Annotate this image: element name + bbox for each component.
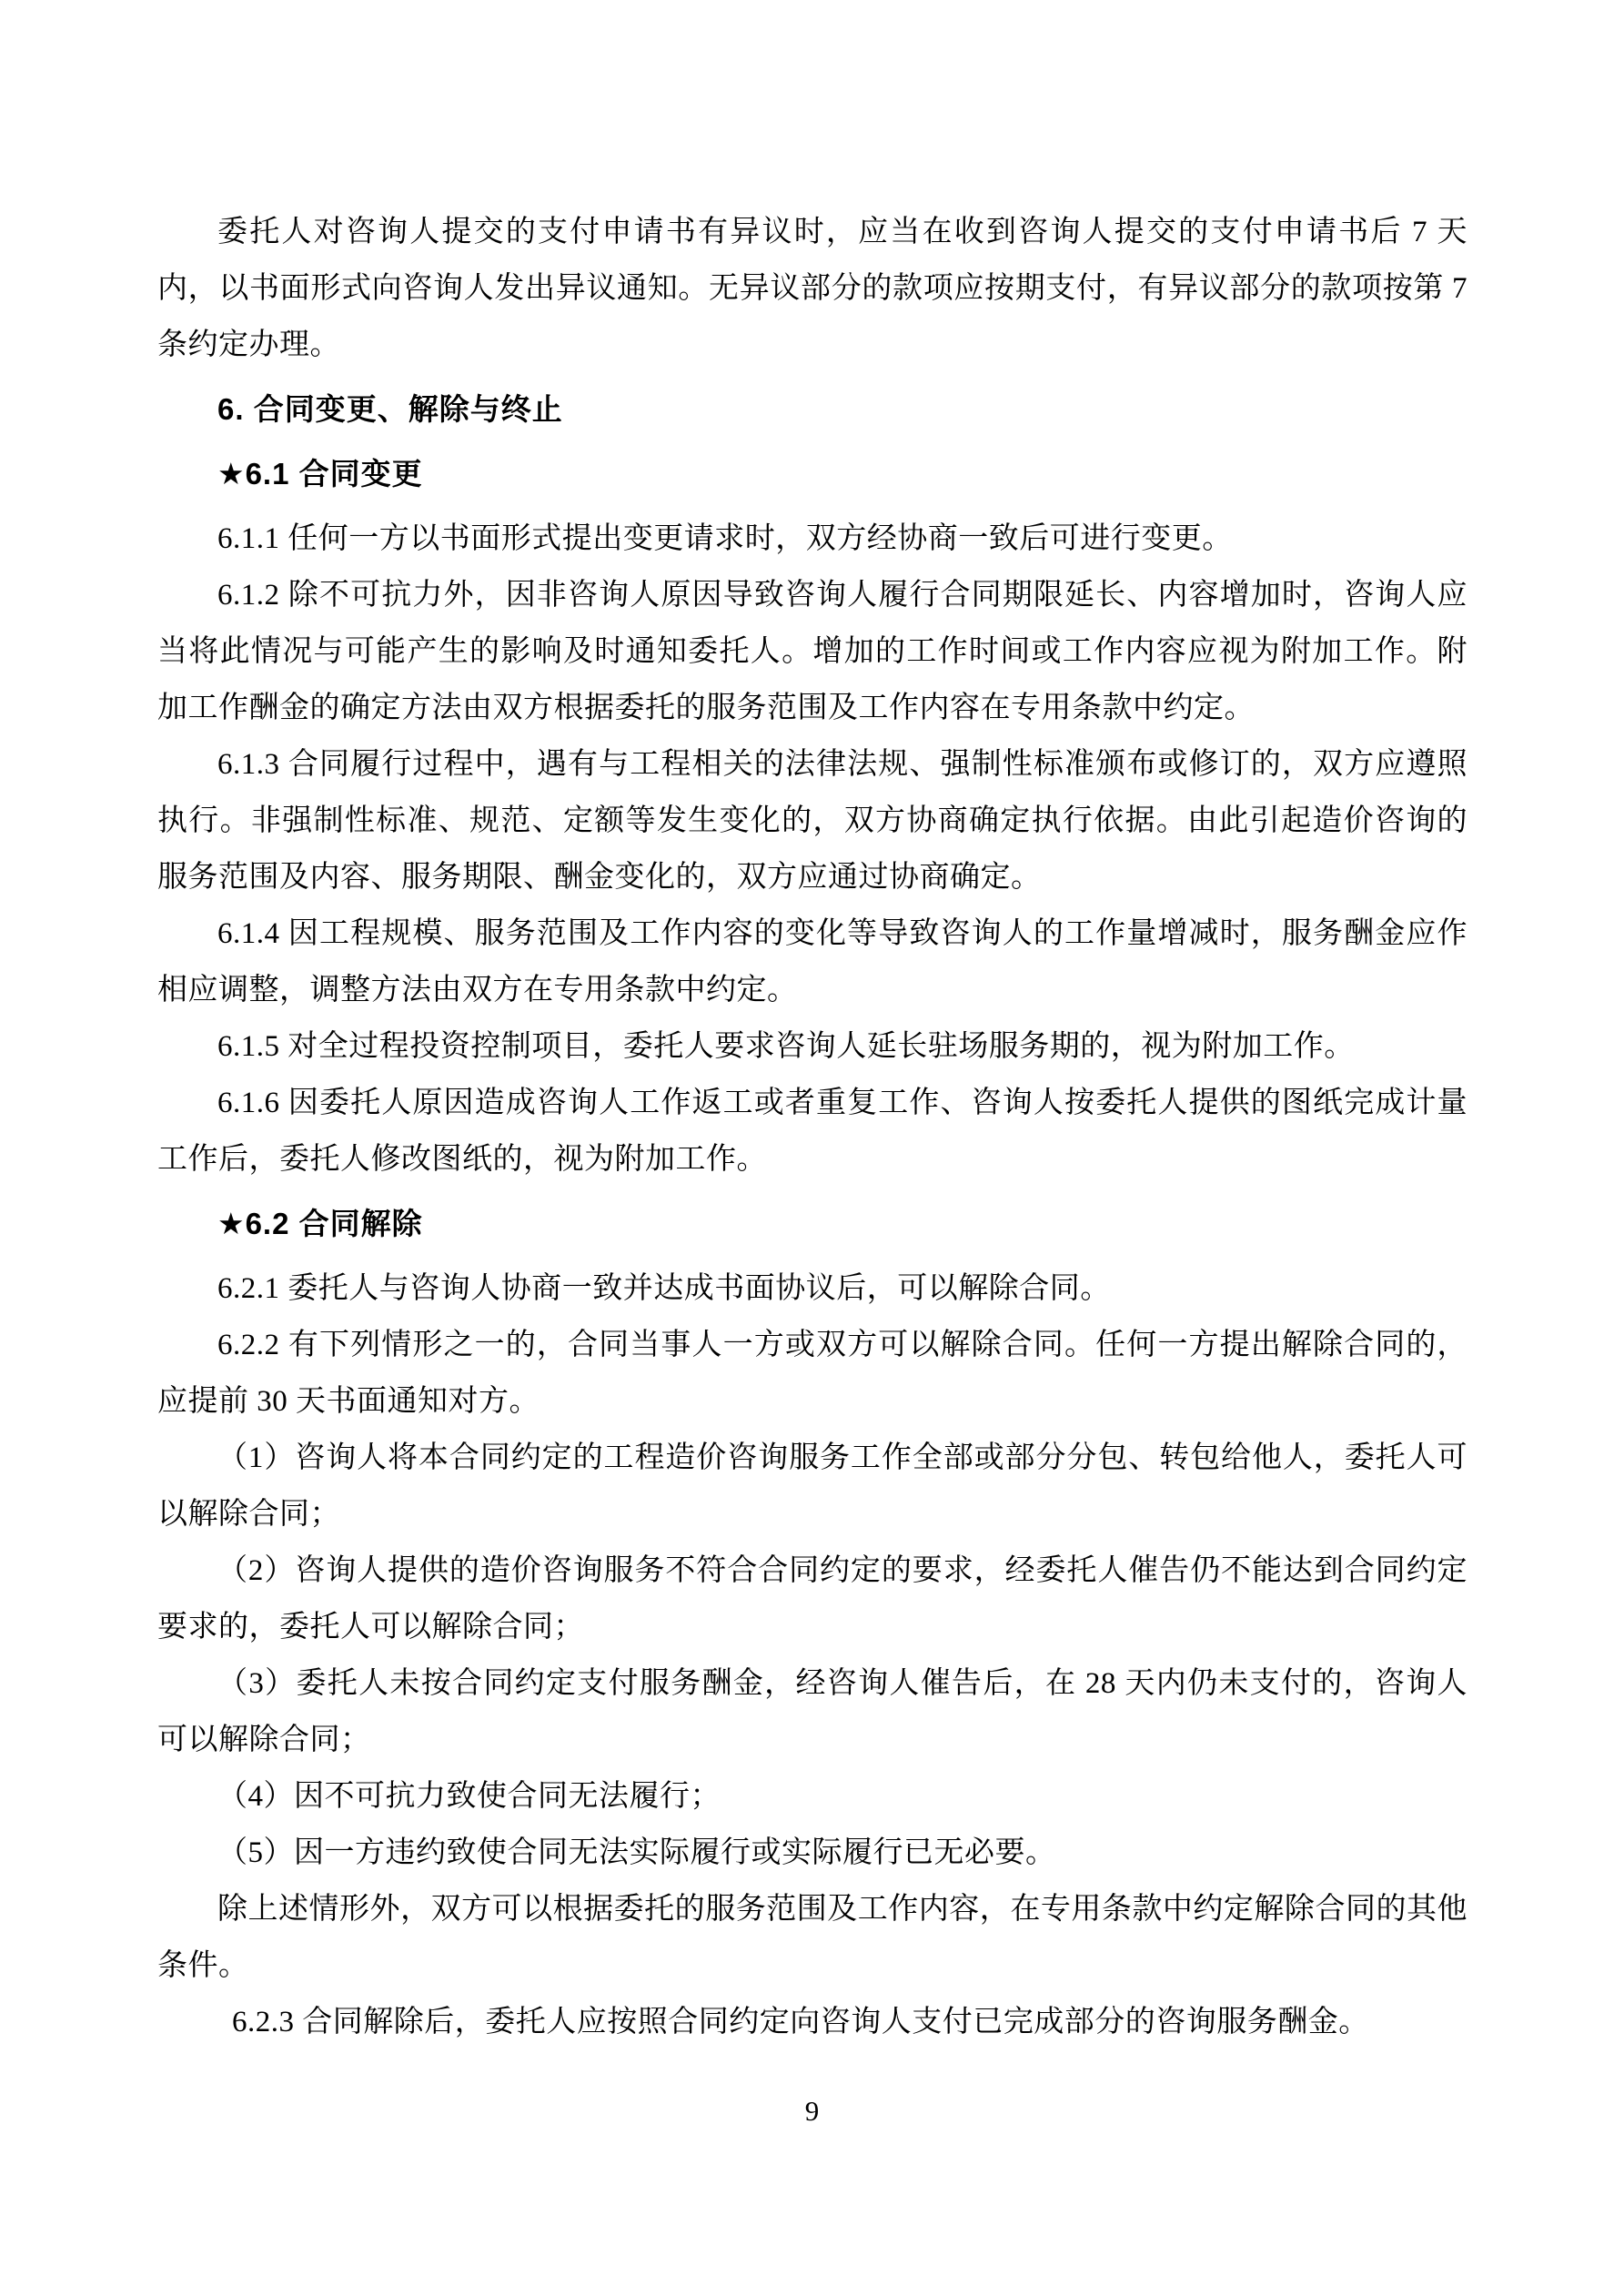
clause-6-2-2: 6.2.2 有下列情形之一的，合同当事人一方或双方可以解除合同。任何一方提出解除… xyxy=(157,1317,1468,1430)
section-heading-6: 6. 合同变更、解除与终止 xyxy=(157,381,1468,438)
clause-6-2-3: 6.2.3 合同解除后，委托人应按照合同约定向咨询人支付已完成部分的咨询服务酬金… xyxy=(157,1994,1468,2050)
subsection-heading-6-2: ★6.2 合同解除 xyxy=(157,1196,1468,1252)
clause-6-2-2-item-4: （4）因不可抗力致使合同无法履行； xyxy=(157,1768,1468,1825)
clause-6-2-2-item-3: （3）委托人未按合同约定支付服务酬金，经咨询人催告后，在 28 天内仍未支付的，… xyxy=(157,1655,1468,1768)
clause-6-1-5: 6.1.5 对全过程投资控制项目，委托人要求咨询人延长驻场服务期的，视为附加工作… xyxy=(157,1018,1468,1075)
clause-6-1-6: 6.1.6 因委托人原因造成咨询人工作返工或者重复工作、咨询人按委托人提供的图纸… xyxy=(157,1075,1468,1188)
page-number: 9 xyxy=(0,2093,1624,2129)
document-content: 委托人对咨询人提交的支付申请书有异议时，应当在收到咨询人提交的支付申请书后 7 … xyxy=(157,204,1468,2050)
clause-6-2-1: 6.2.1 委托人与咨询人协商一致并达成书面协议后，可以解除合同。 xyxy=(157,1260,1468,1317)
clause-6-2-2-item-2: （2）咨询人提供的造价咨询服务不符合合同约定的要求，经委托人催告仍不能达到合同约… xyxy=(157,1542,1468,1655)
subsection-heading-6-1: ★6.1 合同变更 xyxy=(157,446,1468,502)
clause-6-1-1: 6.1.1 任何一方以书面形式提出变更请求时，双方经协商一致后可进行变更。 xyxy=(157,511,1468,567)
clause-6-1-2: 6.1.2 除不可抗力外，因非咨询人原因导致咨询人履行合同期限延长、内容增加时，… xyxy=(157,567,1468,736)
clause-6-2-2-item-5: （5）因一方违约致使合同无法实际履行或实际履行已无必要。 xyxy=(157,1825,1468,1881)
clause-6-1-4: 6.1.4 因工程规模、服务范围及工作内容的变化等导致咨询人的工作量增减时，服务… xyxy=(157,905,1468,1018)
document-page: 委托人对咨询人提交的支付申请书有异议时，应当在收到咨询人提交的支付申请书后 7 … xyxy=(0,0,1624,2296)
clause-6-2-2-item-1: （1）咨询人将本合同约定的工程造价咨询服务工作全部或部分分包、转包给他人，委托人… xyxy=(157,1430,1468,1542)
clause-6-1-3: 6.1.3 合同履行过程中，遇有与工程相关的法律法规、强制性标准颁布或修订的，双… xyxy=(157,736,1468,905)
paragraph-other-termination-conditions: 除上述情形外，双方可以根据委托的服务范围及工作内容，在专用条款中约定解除合同的其… xyxy=(157,1881,1468,1994)
paragraph-payment-objection: 委托人对咨询人提交的支付申请书有异议时，应当在收到咨询人提交的支付申请书后 7 … xyxy=(157,204,1468,373)
